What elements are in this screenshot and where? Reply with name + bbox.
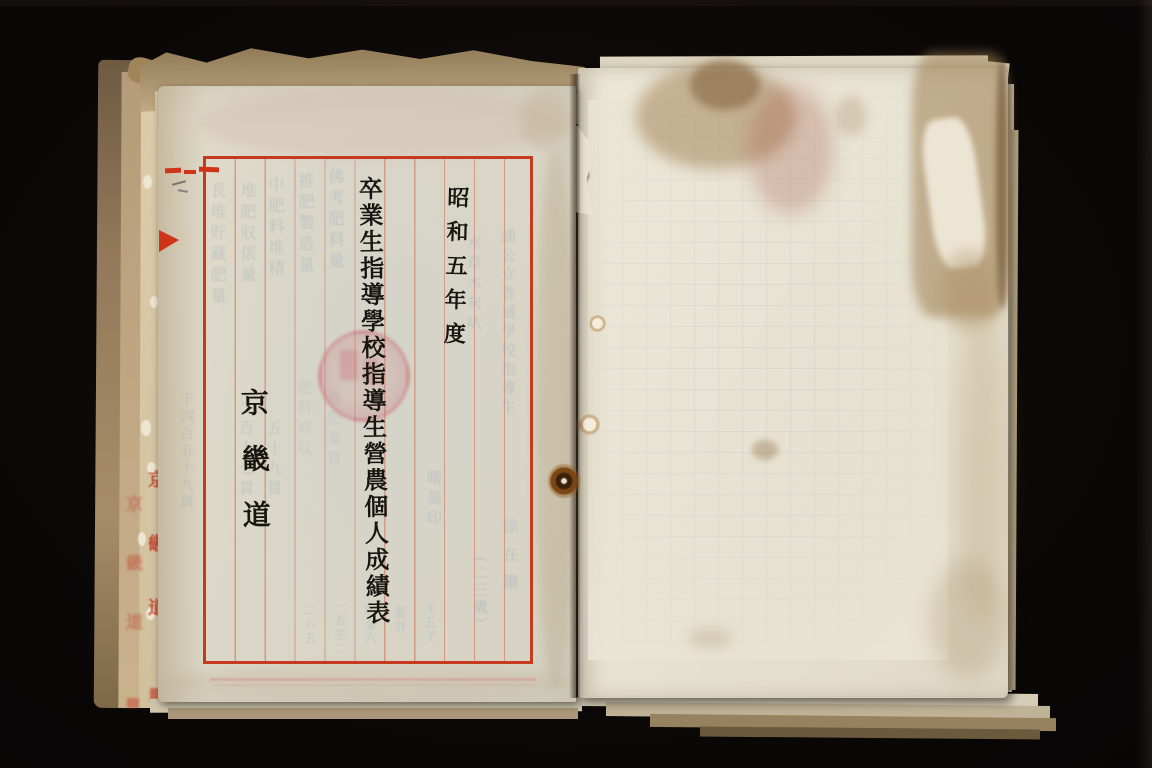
bleedthrough-text: 二八五 bbox=[302, 604, 319, 646]
province-column: 京畿道 bbox=[233, 388, 276, 557]
bleedthrough-text: 肥料增収 bbox=[294, 380, 315, 460]
year-column: 昭和五年度 bbox=[438, 186, 473, 357]
gutter-shadow bbox=[569, 74, 580, 698]
torn-paper-fleck bbox=[143, 175, 152, 189]
worm-hole bbox=[579, 414, 600, 435]
bleedthrough-text: 長堆貯藏肥量 bbox=[206, 182, 229, 308]
page-edge-stamp: 京畿道 bbox=[120, 495, 145, 672]
left-page-corner-stain bbox=[520, 90, 570, 150]
bleedthrough-text: 佛考肥料量 bbox=[324, 168, 347, 273]
bleedthrough-text: 藍谷 bbox=[392, 606, 409, 634]
stain-corner-dark-streak bbox=[996, 58, 1008, 308]
top-stain bbox=[200, 88, 560, 158]
bleed-border-line2 bbox=[214, 684, 534, 686]
photo-of-archival-book: 京畿道 京畿道 bbox=[0, 0, 1152, 768]
bleed-border-line bbox=[210, 678, 536, 681]
frame-edge-right bbox=[1136, 0, 1152, 768]
red-dash bbox=[165, 168, 181, 174]
bleedthrough-age: （二三歳） bbox=[470, 548, 491, 633]
torn-paper-fleck bbox=[150, 296, 158, 308]
red-mark bbox=[127, 698, 139, 708]
bottom-page-edges-left2 bbox=[168, 708, 578, 719]
frame-edge-top bbox=[0, 0, 1152, 6]
bleedthrough-text: 推肥製造量 bbox=[294, 172, 317, 277]
bottom-band-stain bbox=[165, 664, 573, 700]
bleedthrough-text: 堆肥収俵量 bbox=[236, 182, 259, 287]
red-tab bbox=[159, 230, 179, 252]
stain bbox=[690, 60, 760, 110]
stain bbox=[836, 96, 866, 136]
torn-paper-fleck bbox=[141, 420, 151, 436]
bleedthrough-school: 浦公立普通學校指導生 bbox=[498, 228, 519, 418]
stain bbox=[752, 440, 778, 460]
stain bbox=[688, 628, 732, 648]
red-dash bbox=[199, 167, 219, 173]
stain-reddish bbox=[748, 84, 833, 214]
bleedthrough-text: 一五生二 bbox=[332, 600, 349, 656]
bleedthrough-name: 徐在鑽 bbox=[498, 518, 521, 602]
rust-binding-hole bbox=[548, 464, 580, 498]
red-dash bbox=[184, 170, 196, 174]
bleedthrough-text: 曙藁印 bbox=[424, 470, 445, 530]
bleedthrough-text: 中肥料堆積 bbox=[264, 176, 287, 281]
bleedthrough-text: 千四百五十九貫 bbox=[176, 392, 196, 511]
worm-hole bbox=[589, 315, 606, 332]
bleedthrough-text: 玉五子 bbox=[422, 602, 439, 644]
stain bbox=[930, 560, 1005, 680]
bottom-page-edges-right4 bbox=[700, 727, 1040, 740]
